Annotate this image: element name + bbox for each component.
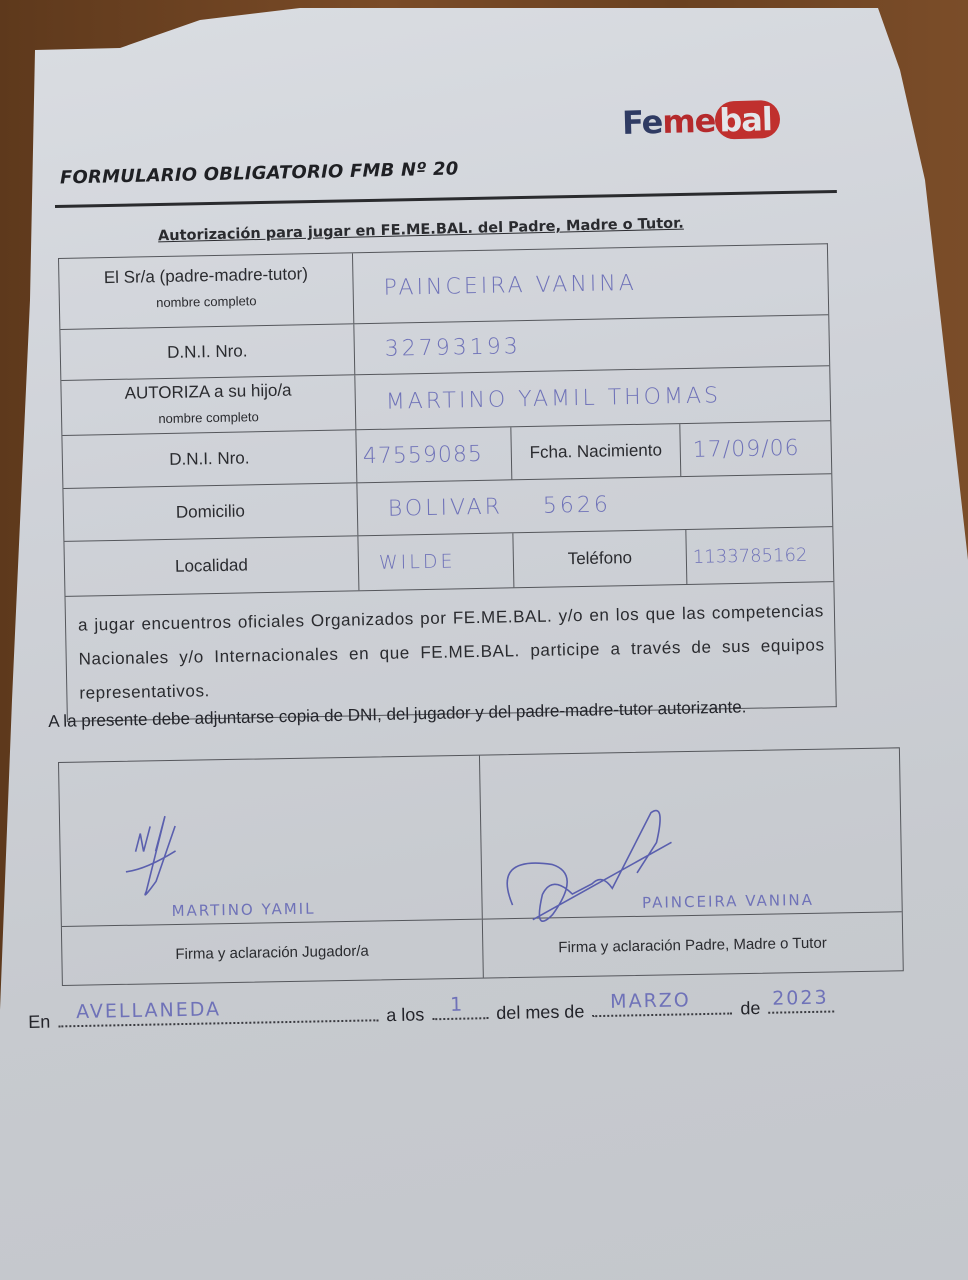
birth-date-label: Fcha. Nacimiento — [529, 440, 662, 463]
child-sublabel: nombre completo — [62, 407, 355, 428]
phone-value: 1133785162 — [687, 544, 808, 567]
form-grid: El Sr/a (padre-madre-tutor) nombre compl… — [58, 243, 834, 597]
place-value: AVELLANEDA — [76, 998, 221, 1023]
month-field[interactable]: MARZO — [592, 994, 732, 1017]
year-field[interactable]: 2023 — [768, 993, 834, 1014]
femebal-logo: Femebal — [622, 100, 781, 142]
guardian-name-value: PAINCEIRA VANINA — [353, 270, 637, 300]
player-signature-column: MARTINO YAMIL Firma y aclaración Jugador… — [59, 756, 483, 985]
child-dni-value: 47559085 — [357, 441, 483, 468]
player-signature-label: Firma y aclaración Jugador/a — [62, 920, 482, 985]
child-label-cell: AUTORIZA a su hijo/a nombre completo — [61, 375, 356, 435]
address-label-cell: Domicilio — [63, 483, 358, 541]
guardian-dni-label-cell: D.N.I. Nro. — [60, 324, 355, 380]
guardian-dni-label: D.N.I. Nro. — [167, 341, 248, 363]
guardian-signature-column: PAINCEIRA VANINA Firma y aclaración Padr… — [479, 748, 902, 977]
player-signature-area[interactable]: MARTINO YAMIL — [59, 756, 481, 927]
address-field[interactable]: BOLIVAR 5626 — [357, 474, 832, 535]
city-value: WILDE — [359, 550, 456, 574]
birth-date-field[interactable]: 17/09/06 — [680, 421, 831, 476]
phone-label-cell: Teléfono — [513, 530, 687, 587]
year-value: 2023 — [772, 987, 829, 1010]
city-field[interactable]: WILDE — [358, 533, 514, 590]
birth-date-label-cell: Fcha. Nacimiento — [511, 424, 681, 479]
child-name-value: MARTINO YAMIL THOMAS — [356, 383, 722, 415]
guardian-sublabel: nombre completo — [60, 291, 353, 312]
guardian-label-cell: El Sr/a (padre-madre-tutor) nombre compl… — [59, 253, 354, 329]
phone-field[interactable]: 1133785162 — [686, 527, 833, 584]
month-label: del mes de — [496, 1001, 584, 1023]
child-dni-label-cell: D.N.I. Nro. — [62, 430, 357, 488]
place-field[interactable]: AVELLANEDA — [58, 1001, 378, 1027]
logo-bal: bal — [715, 100, 780, 140]
address-label: Domicilio — [176, 501, 245, 522]
guardian-field[interactable]: PAINCEIRA VANINA — [353, 244, 828, 323]
day-field[interactable]: 1 — [432, 999, 488, 1020]
player-signature-name: MARTINO YAMIL — [171, 900, 315, 921]
guardian-dni-field[interactable]: 32793193 — [354, 315, 829, 374]
phone-label: Teléfono — [568, 548, 633, 569]
city-label: Localidad — [175, 555, 248, 576]
child-label: AUTORIZA a su hijo/a — [124, 381, 291, 403]
logo-fe: Fe — [622, 103, 663, 142]
child-field[interactable]: MARTINO YAMIL THOMAS — [355, 366, 830, 429]
guardian-signature-name: PAINCEIRA VANINA — [642, 891, 814, 912]
guardian-dni-value: 32793193 — [355, 334, 521, 362]
year-label: de — [740, 998, 760, 1018]
en-label: En — [28, 1012, 50, 1032]
signature-table: MARTINO YAMIL Firma y aclaración Jugador… — [58, 747, 904, 986]
authorization-form: El Sr/a (padre-madre-tutor) nombre compl… — [58, 243, 837, 722]
day-value: 1 — [450, 994, 465, 1016]
guardian-label: El Sr/a (padre-madre-tutor) — [104, 264, 308, 287]
player-signature-icon — [105, 810, 227, 902]
address-value: BOLIVAR 5626 — [358, 492, 611, 522]
child-dni-field[interactable]: 47559085 — [356, 427, 512, 482]
birth-date-value: 17/09/06 — [681, 435, 800, 462]
guardian-signature-area[interactable]: PAINCEIRA VANINA — [479, 748, 901, 919]
logo-me: me — [662, 102, 716, 141]
month-value: MARZO — [610, 989, 691, 1013]
day-label: a los — [386, 1004, 424, 1025]
child-dni-label: D.N.I. Nro. — [169, 448, 250, 470]
city-label-cell: Localidad — [64, 536, 359, 596]
